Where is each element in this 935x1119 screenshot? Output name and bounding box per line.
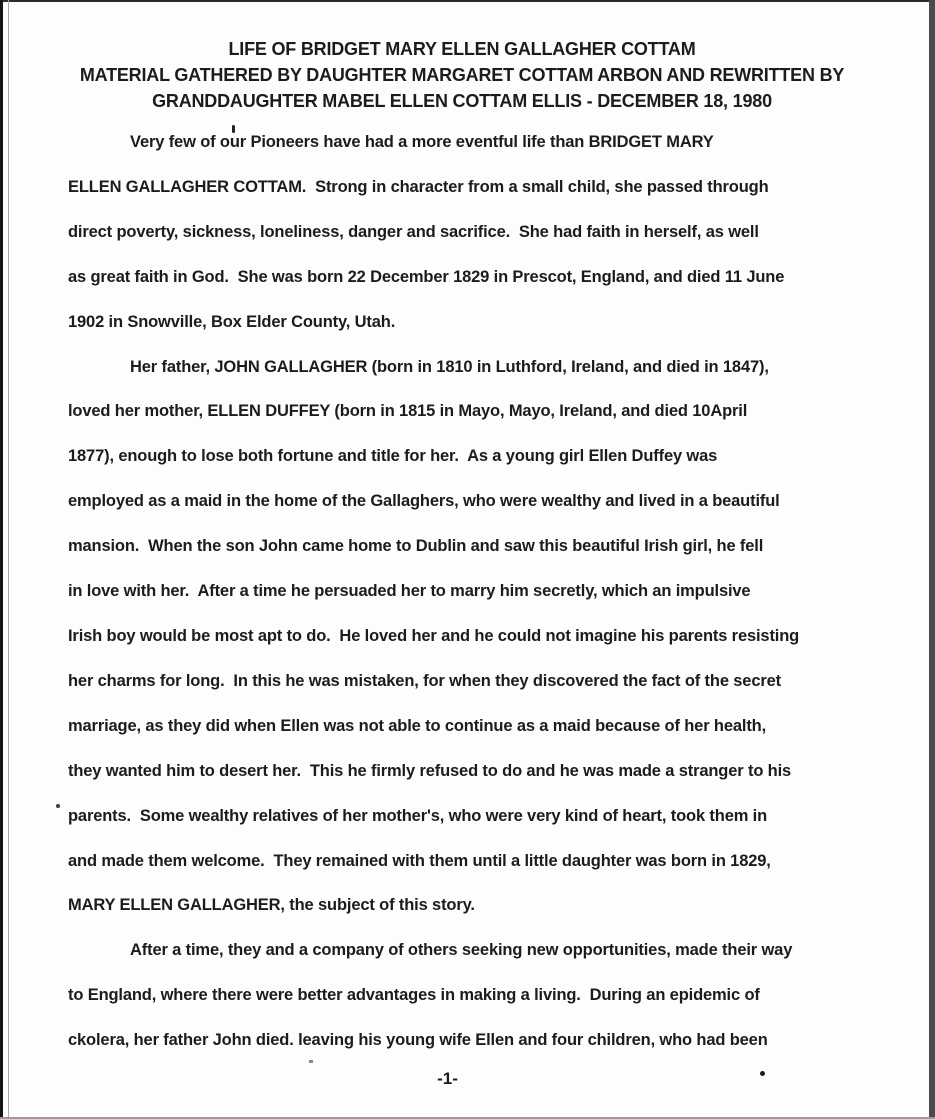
paragraph: Very few of our Pioneers have had a more…: [68, 120, 868, 345]
document-title: LIFE OF BRIDGET MARY ELLEN GALLAGHER COT…: [12, 36, 912, 114]
text-line: direct poverty, sickness, loneliness, da…: [68, 210, 868, 255]
title-line-2: MATERIAL GATHERED BY DAUGHTER MARGARET C…: [12, 62, 912, 88]
text-line: MARY ELLEN GALLAGHER, the subject of thi…: [68, 883, 868, 928]
text-line: employed as a maid in the home of the Ga…: [68, 479, 868, 524]
text-line: to England, where there were better adva…: [68, 973, 868, 1018]
scan-speck: [56, 804, 60, 808]
text-line: 1902 in Snowville, Box Elder County, Uta…: [68, 300, 868, 345]
text-line: ELLEN GALLAGHER COTTAM. Strong in charac…: [68, 165, 868, 210]
text-line: Very few of our Pioneers have had a more…: [68, 120, 868, 165]
scanned-document-page: LIFE OF BRIDGET MARY ELLEN GALLAGHER COT…: [0, 0, 935, 1119]
text-line: ckolera, her father John died. leaving h…: [68, 1018, 868, 1063]
title-line-1: LIFE OF BRIDGET MARY ELLEN GALLAGHER COT…: [12, 36, 912, 62]
text-line: Her father, JOHN GALLAGHER (born in 1810…: [68, 345, 868, 390]
scan-edge-right: [929, 0, 935, 1119]
scan-edge-left: [0, 0, 3, 1119]
text-line: her charms for long. In this he was mist…: [68, 659, 868, 704]
text-line: they wanted him to desert her. This he f…: [68, 749, 868, 794]
text-line: mansion. When the son John came home to …: [68, 524, 868, 569]
paragraph: Her father, JOHN GALLAGHER (born in 1810…: [68, 345, 868, 929]
text-line: 1877), enough to lose both fortune and t…: [68, 434, 868, 479]
title-line-3: GRANDDAUGHTER MABEL ELLEN COTTAM ELLIS -…: [12, 88, 912, 114]
paragraph: After a time, they and a company of othe…: [68, 928, 868, 1063]
text-line: marriage, as they did when Ellen was not…: [68, 704, 868, 749]
text-line: Irish boy would be most apt to do. He lo…: [68, 614, 868, 659]
text-line: After a time, they and a company of othe…: [68, 928, 868, 973]
scan-edge-line: [8, 0, 9, 1119]
text-line: loved her mother, ELLEN DUFFEY (born in …: [68, 389, 868, 434]
document-body: Very few of our Pioneers have had a more…: [68, 120, 868, 1063]
text-line: parents. Some wealthy relatives of her m…: [68, 794, 868, 839]
text-line: in love with her. After a time he persua…: [68, 569, 868, 614]
scan-edge-top: [0, 0, 935, 2]
text-line: as great faith in God. She was born 22 D…: [68, 255, 868, 300]
page-number: -1-: [0, 1068, 915, 1090]
text-line: and made them welcome. They remained wit…: [68, 839, 868, 884]
